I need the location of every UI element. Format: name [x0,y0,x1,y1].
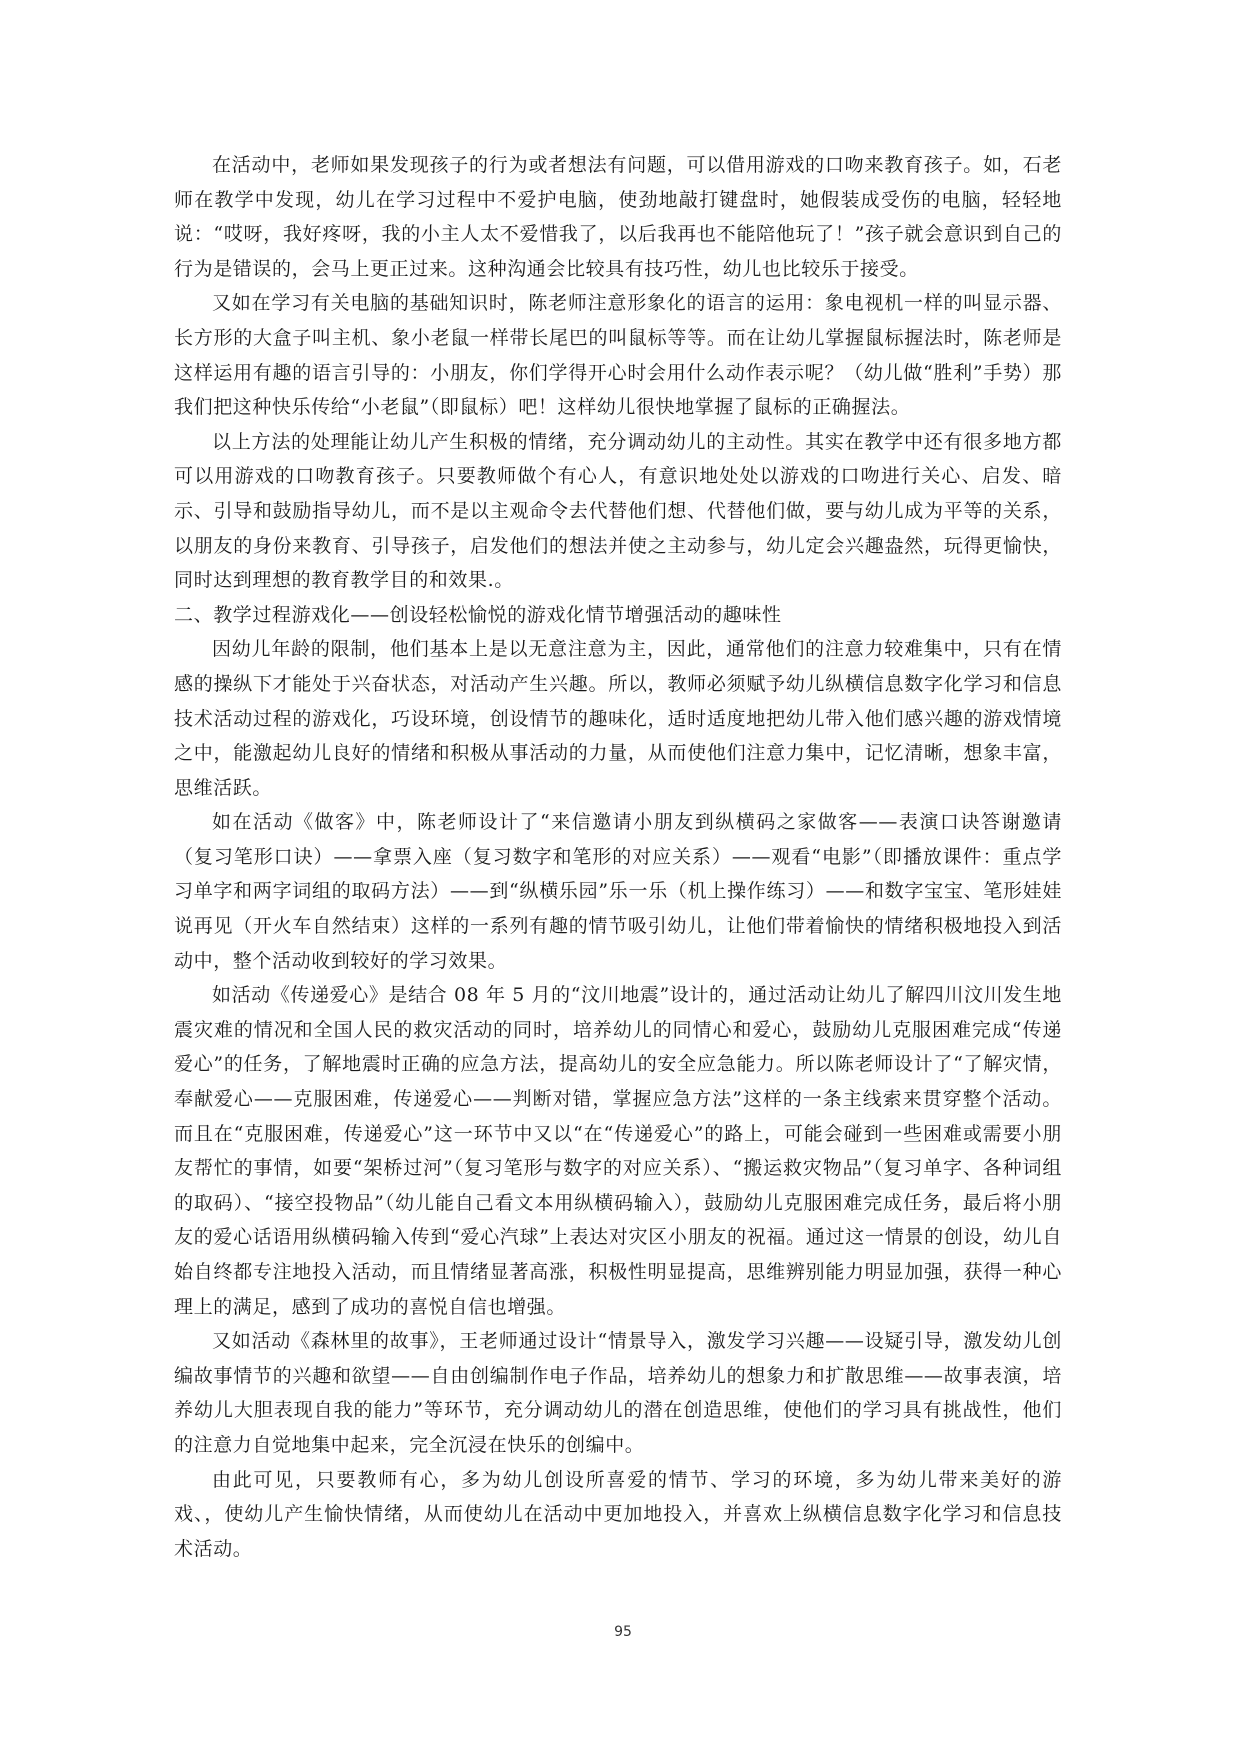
paragraph-forest-story-activity: 又如活动《森林里的故事》，王老师通过设计“情景导入，激发学习兴趣——设疑引导，激… [174,1324,1062,1462]
paragraph-passing-love-activity: 如活动《传递爱心》是结合 08 年 5 月的“汶川地震”设计的，通过活动让幼儿了… [174,978,1062,1324]
paragraph-age-limits: 因幼儿年龄的限制，他们基本上是以无意注意为主，因此，通常他们的注意力较难集中，只… [174,632,1062,805]
paragraph-vivid-language: 又如在学习有关电脑的基础知识时，陈老师注意形象化的语言的运用：象电视机一样的叫显… [174,286,1062,424]
paragraph-game-tone: 在活动中，老师如果发现孩子的行为或者想法有问题，可以借用游戏的口吻来教育孩子。如… [174,148,1062,286]
paragraph-summary-methods: 以上方法的处理能让幼儿产生积极的情绪，充分调动幼儿的主动性。其实在教学中还有很多… [174,425,1062,598]
paragraph-visiting-activity: 如在活动《做客》中，陈老师设计了“来信邀请小朋友到纵横码之家做客——表演口诀答谢… [174,805,1062,978]
page-body: 在活动中，老师如果发现孩子的行为或者想法有问题，可以借用游戏的口吻来教育孩子。如… [174,148,1062,1566]
section-heading: 二、教学过程游戏化——创设轻松愉悦的游戏化情节增强活动的趣味性 [174,598,1062,633]
page-number: 95 [0,1624,1246,1640]
paragraph-conclusion: 由此可见，只要教师有心，多为幼儿创设所喜爱的情节、学习的环境，多为幼儿带来美好的… [174,1463,1062,1567]
